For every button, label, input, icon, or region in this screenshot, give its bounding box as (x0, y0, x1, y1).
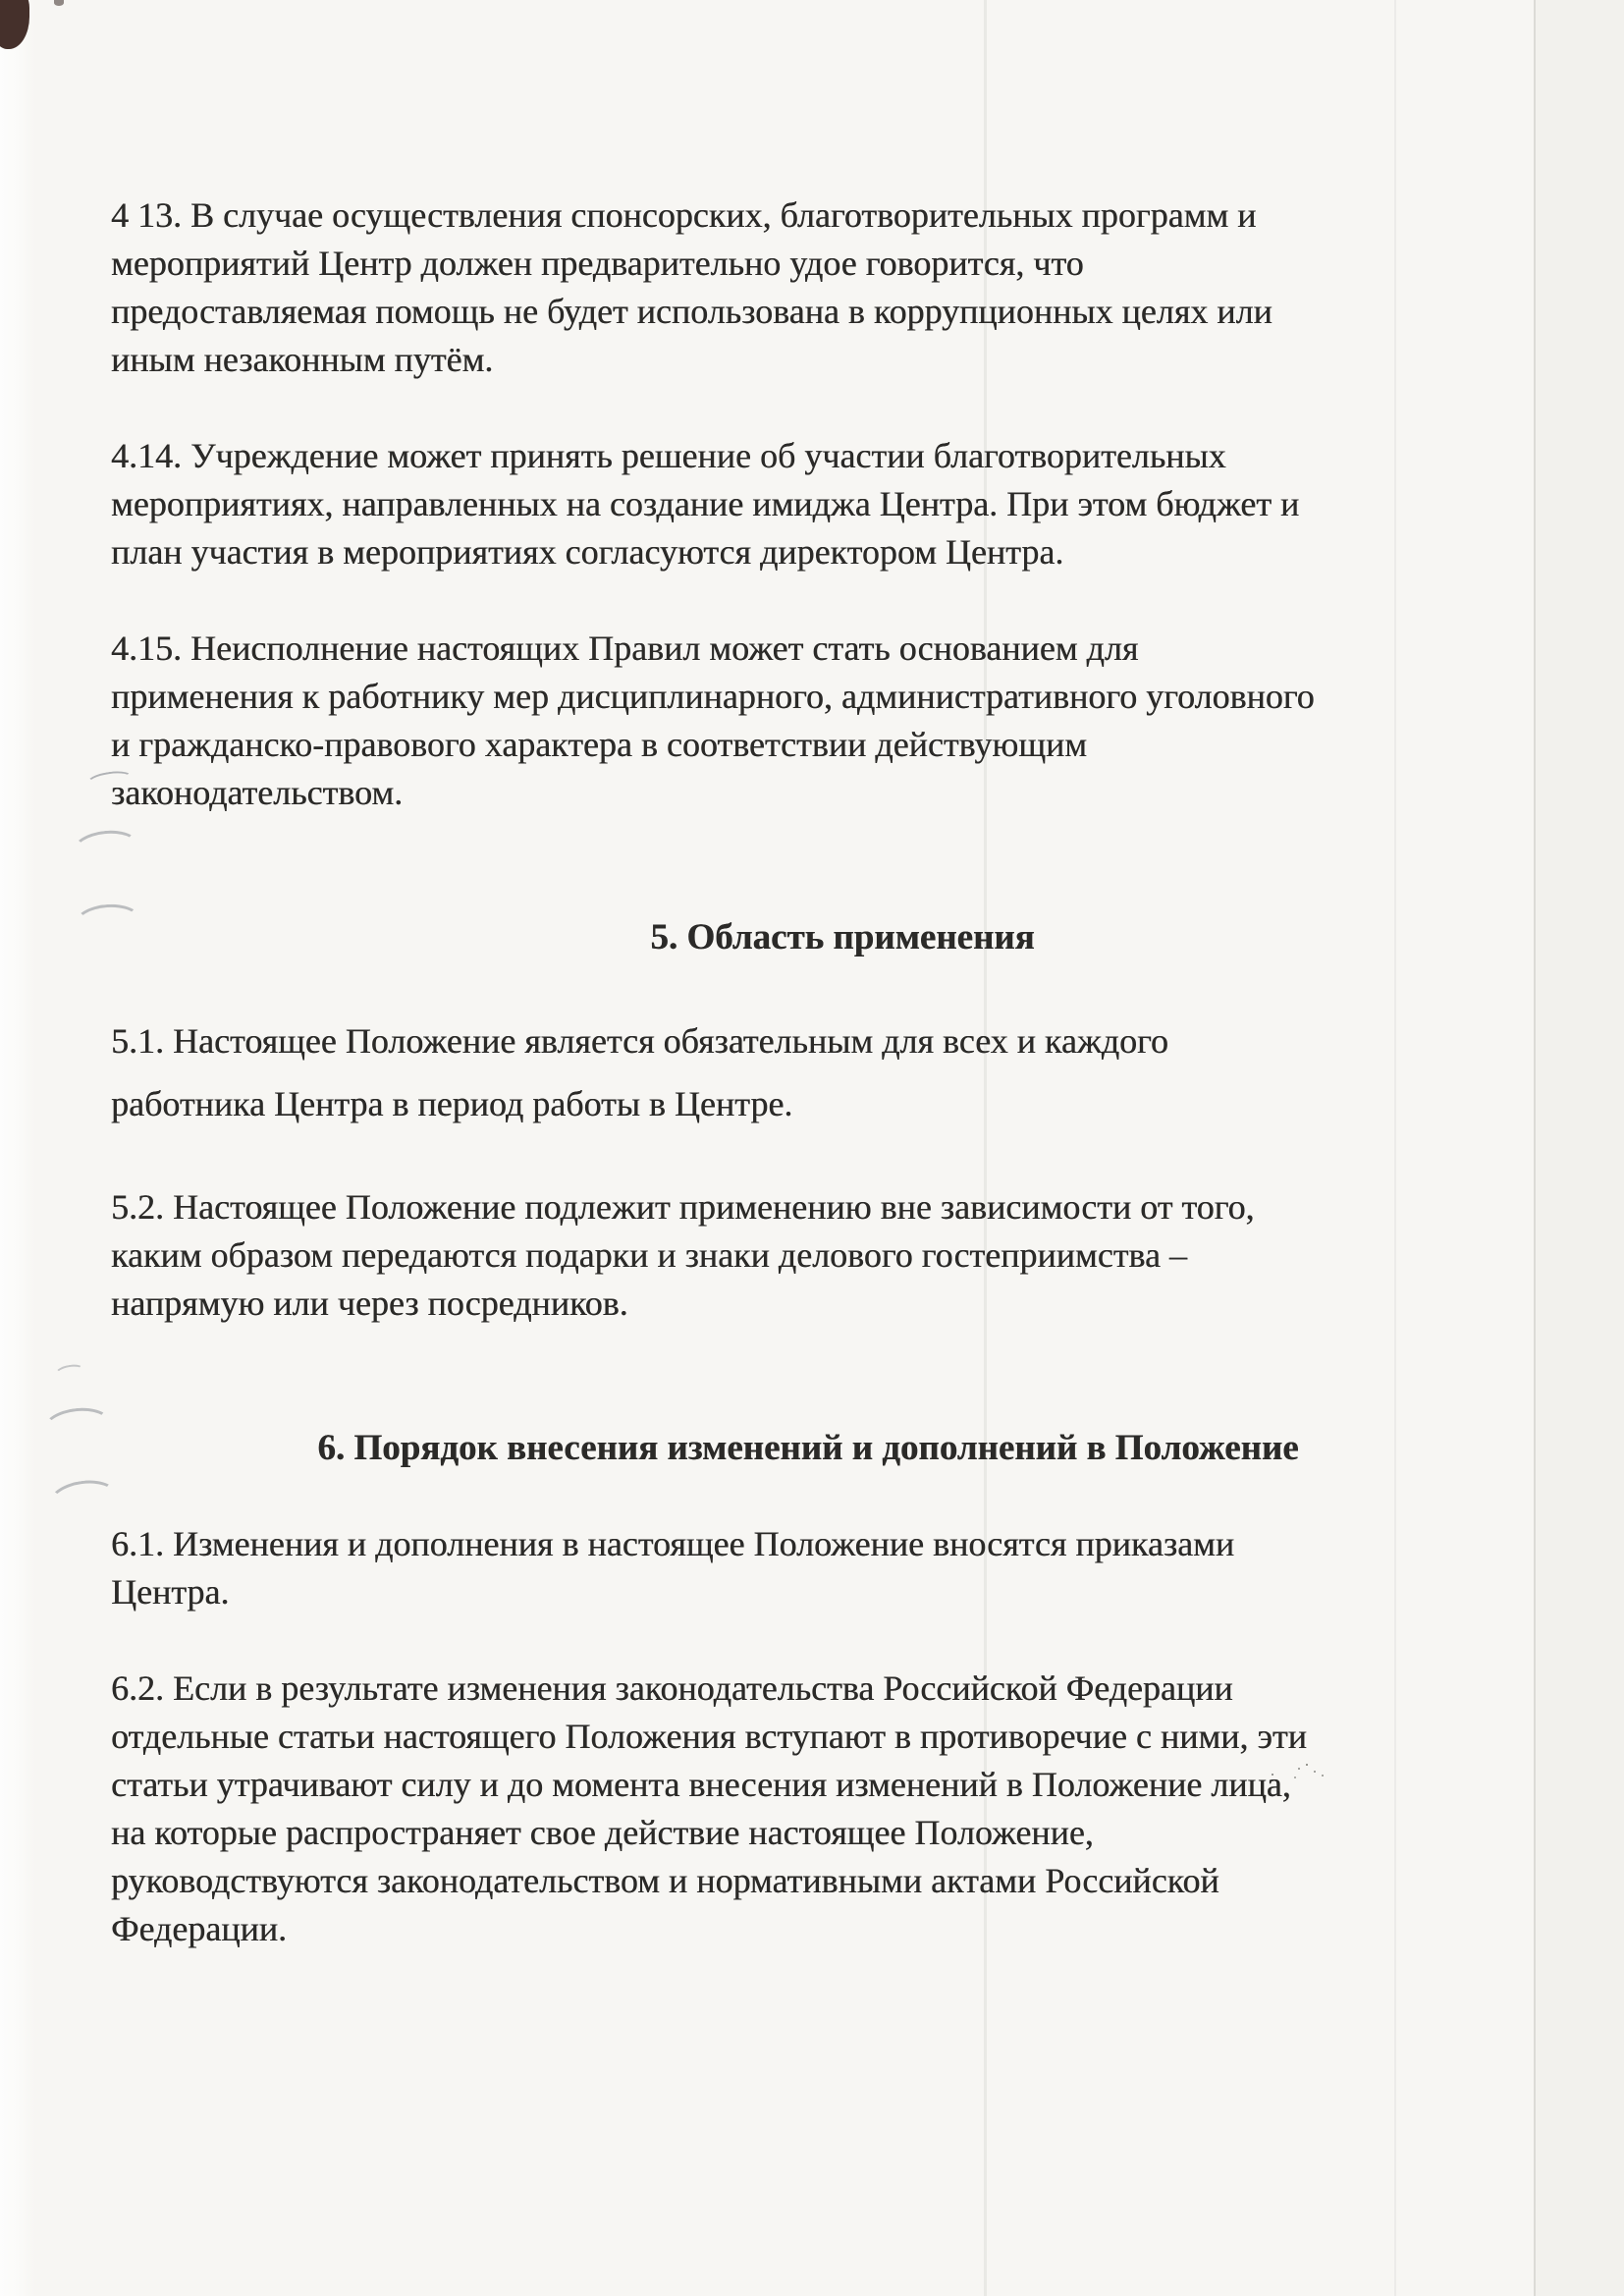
document-body: 4 13. В случае осуществления спонсорских… (111, 143, 1505, 2001)
clause-5-1: 5.1. Настоящее Положение является обязат… (111, 1010, 1505, 1135)
clause-5-2: 5.2. Настоящее Положение подлежит примен… (111, 1183, 1505, 1328)
clause-6-1: 6.1. Изменения и дополнения в настоящее … (111, 1520, 1505, 1616)
clause-4-14: 4.14. Учреждение может принять решение о… (111, 432, 1505, 576)
binder-ring-mark (54, 1363, 85, 1382)
clause-4-13: 4 13. В случае осуществления спонсорских… (111, 191, 1505, 384)
scan-left-edge (0, 0, 35, 2296)
scanned-document-page: 4 13. В случае осуществления спонсорских… (0, 0, 1624, 2296)
clause-6-2: 6.2. Если в результате изменения законод… (111, 1665, 1505, 1953)
scan-speck (54, 0, 64, 6)
binder-ring-mark (47, 1476, 121, 1522)
section-6-heading: 6. Порядок внесения изменений и дополнен… (111, 1424, 1505, 1472)
section-5-heading: 5. Область применения (145, 913, 1540, 961)
scan-right-edge (1534, 0, 1624, 2296)
binder-ring-mark (41, 1404, 114, 1449)
clause-4-15: 4.15. Неисполнение настоящих Правил може… (111, 625, 1505, 817)
